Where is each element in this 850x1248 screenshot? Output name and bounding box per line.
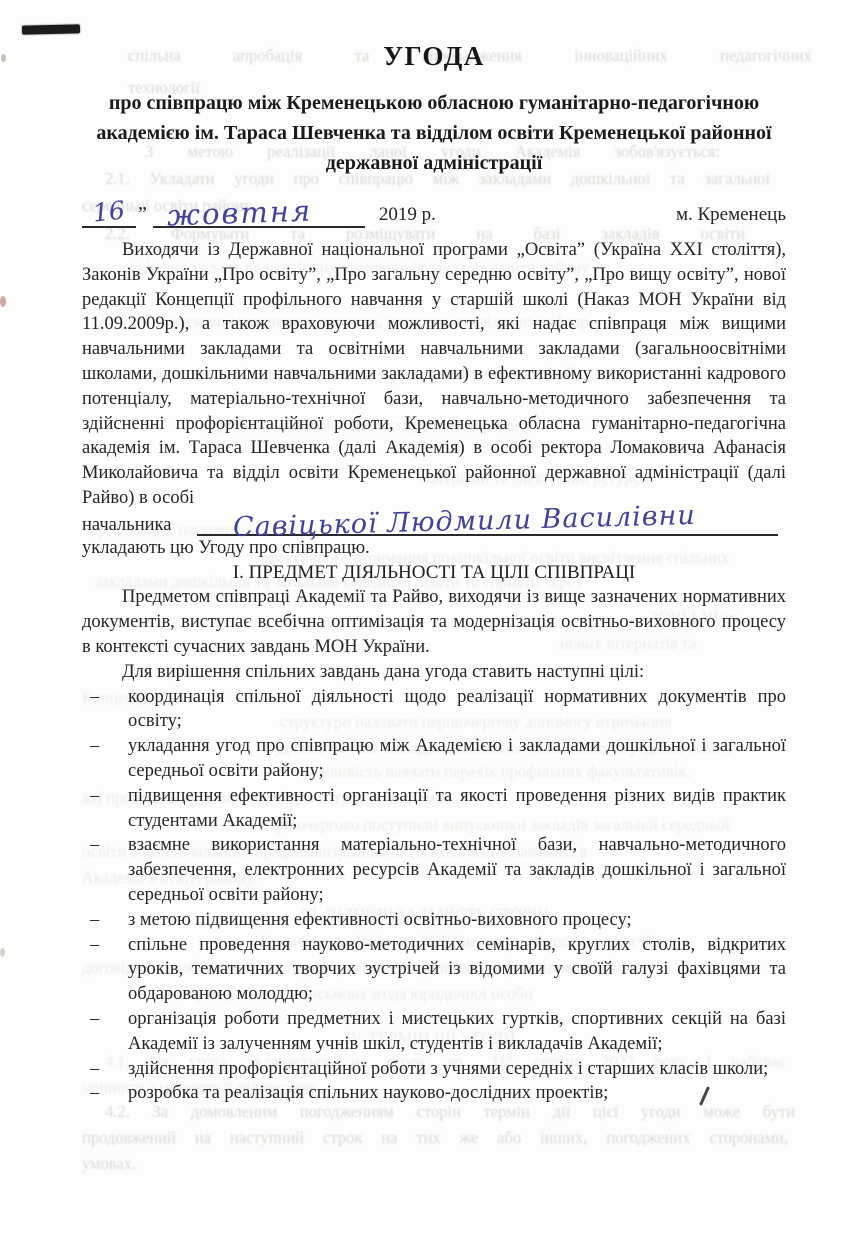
document-subtitle: про співпрацю між Кременецькою обласною … xyxy=(82,88,786,178)
section1-paragraph2: Для вирішення спільних завдань дана угод… xyxy=(82,660,786,685)
handwritten-month: жовтня xyxy=(166,193,312,232)
document-title: УГОДА xyxy=(82,40,786,72)
list-dash-marker: – xyxy=(90,833,99,858)
goal-item: – взаємне використання матеріально-техні… xyxy=(82,833,786,907)
list-dash-marker: – xyxy=(90,1081,99,1106)
city-label: м. Кременець xyxy=(676,204,786,226)
goal-item: – здійснення профорієнтаційної роботи з … xyxy=(82,1057,786,1082)
goal-item: – підвищення ефективності організації та… xyxy=(82,784,786,834)
date-row: 16 ” жовтня 2019 р. м. Кременець xyxy=(82,192,786,228)
document-content: УГОДА про співпрацю між Кременецькою обл… xyxy=(82,40,786,1106)
list-dash-marker: – xyxy=(90,784,99,809)
official-title-label: начальника xyxy=(82,515,171,536)
list-dash-marker: – xyxy=(90,1007,99,1032)
preamble-paragraph: Виходячи із Державної національної прогр… xyxy=(82,238,786,511)
section1-paragraph1: Предметом співпраці Академії та Райво, в… xyxy=(82,585,786,659)
date-close-quote: ” xyxy=(138,203,147,226)
list-dash-marker: – xyxy=(90,685,99,710)
goal-text: здійснення профорієнтаційної роботи з уч… xyxy=(128,1059,768,1079)
list-dash-marker: – xyxy=(90,1057,99,1082)
goal-text: з метою підвищення ефективності освітньо… xyxy=(128,910,632,930)
signature-row: начальника Савіцької Людмили Василівни xyxy=(82,511,786,536)
goal-item: – укладання угод про співпрацю між Акаде… xyxy=(82,734,786,784)
list-dash-marker: – xyxy=(90,933,99,958)
goal-text: спільне проведення науково-методичних се… xyxy=(128,935,786,1005)
goal-item: – з метою підвищення ефективності освітн… xyxy=(82,908,786,933)
goal-text: укладання угод про співпрацю між Академі… xyxy=(128,736,786,781)
goal-item: – організація роботи предметних і мистец… xyxy=(82,1007,786,1057)
list-dash-marker: – xyxy=(90,734,99,759)
date-day-blank: 16 xyxy=(82,201,136,228)
signature-line: Савіцької Людмили Василівни xyxy=(197,511,778,536)
goal-text: координація спільної діяльності щодо реа… xyxy=(128,687,786,732)
goal-item: – спільне проведення науково-методичних … xyxy=(82,933,786,1007)
date-month-blank: жовтня xyxy=(153,196,365,228)
handwritten-day: 16 xyxy=(92,199,126,224)
goal-item: – координація спільної діяльності щодо р… xyxy=(82,685,786,735)
date-year: 2019 р. xyxy=(379,204,436,226)
section1-heading: І. ПРЕДМЕТ ДІЯЛЬНОСТІ ТА ЦІЛІ СПІВПРАЦІ xyxy=(82,561,786,586)
goal-text: організація роботи предметних і мистецьк… xyxy=(128,1009,786,1054)
closing-line: укладають цю Угоду про співпрацю. xyxy=(82,536,786,561)
goals-list: – координація спільної діяльності щодо р… xyxy=(82,685,786,1107)
list-dash-marker: – xyxy=(90,908,99,933)
bleed-through-line: умовах. xyxy=(82,1154,172,1174)
goal-text: взаємне використання матеріально-технічн… xyxy=(128,835,786,905)
goal-item: – розробка та реалізація спільних науков… xyxy=(82,1081,786,1106)
goal-text: розробка та реалізація спільних науково-… xyxy=(128,1083,608,1103)
scanned-agreement-page: спільна апробація та впровадження іннова… xyxy=(0,0,850,1248)
bleed-through-line: продовжений на наступний строк на тих же… xyxy=(82,1128,788,1148)
goal-text: підвищення ефективності організації та я… xyxy=(128,786,786,831)
